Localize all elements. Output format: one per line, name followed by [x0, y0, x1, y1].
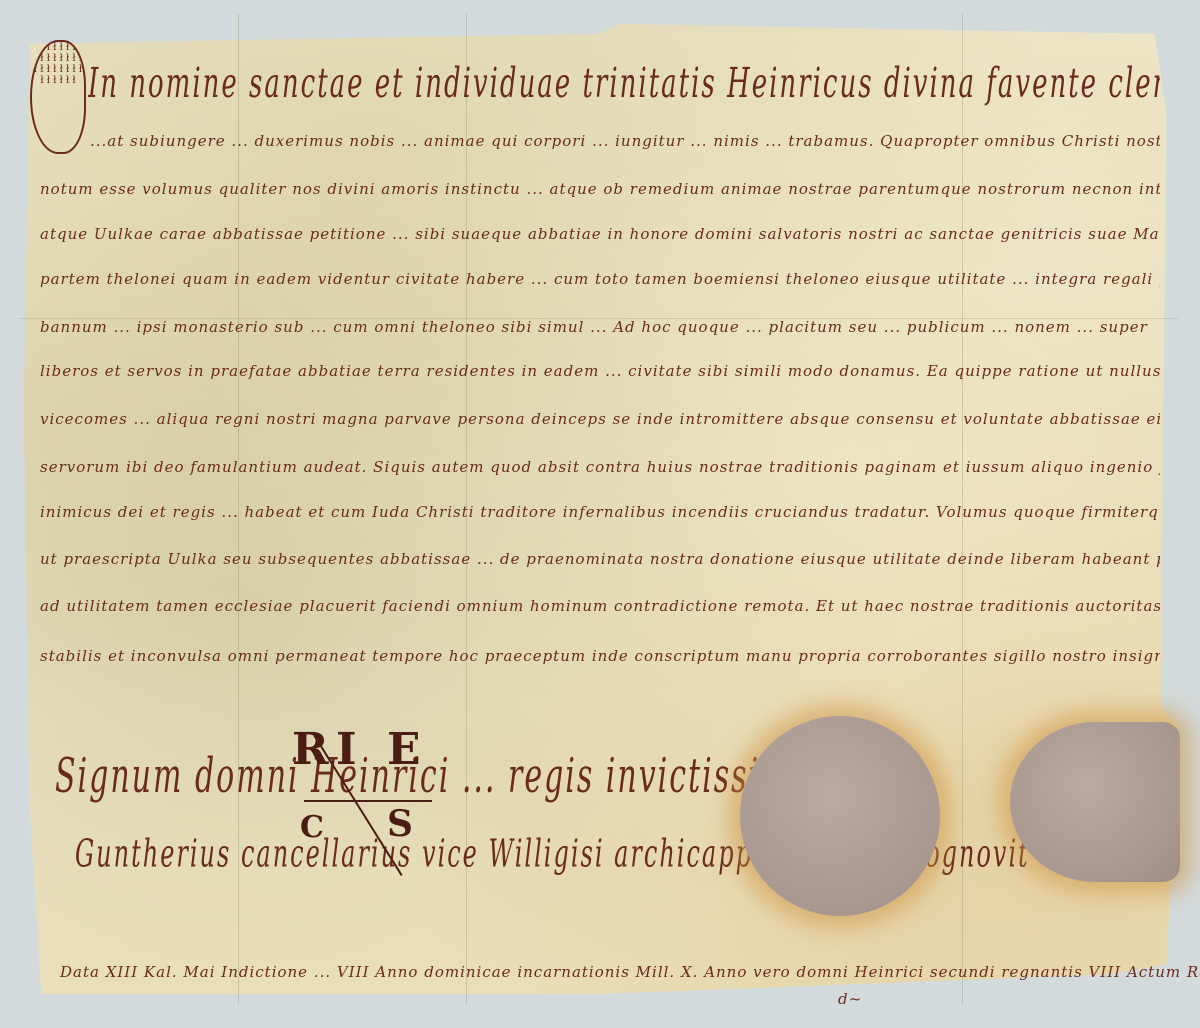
monogram-letter-r: R [292, 724, 329, 775]
monogram-letter-s: S [387, 803, 413, 845]
dating-clause: Data XIII Kal. Mai Indictione ... VIII A… [60, 963, 1200, 981]
body-line-5: bannum ... ipsi monasterio sub ... cum o… [40, 318, 1160, 336]
wax-seal-remnant-left [740, 716, 940, 916]
body-line-1: ...at subiungere ... duxerimus nobis ...… [90, 132, 1160, 150]
body-line-10: ut praescripta Uulka seu subsequentes ab… [40, 550, 1160, 568]
body-line-11: ad utilitatem tamen ecclesiae placuerit … [40, 597, 1160, 615]
monogram-letter-e: E [387, 724, 421, 775]
monogram-letter-i: I [336, 724, 357, 775]
body-line-8: servorum ibi deo famulantium audeat. Siq… [40, 458, 1160, 476]
body-line-12: stabilis et inconvulsa omni permaneat te… [40, 647, 1160, 665]
body-line-7: vicecomes ... aliqua regni nostri magna … [40, 410, 1160, 428]
body-line-4: partem thelonei quam in eadem videntur c… [40, 270, 1160, 288]
dating-trailer: d~ [838, 990, 862, 1008]
body-line-3: atque Uulkae carae abbatissae petitione … [40, 225, 1160, 243]
monogram-letter-c: C [300, 810, 324, 845]
decorated-initial: ł ł ł ł ł ł ł ł ł ł ł ł ł ł ł ł ł ł ł ł … [30, 40, 86, 154]
header-line: In nomine sanctae et individuae trinitat… [88, 60, 1160, 108]
body-line-9: inimicus dei et regis ... habeat et cum … [40, 503, 1160, 521]
royal-monogram: R I E C S [292, 728, 442, 878]
body-line-6: liberos et servos in praefatae abbatiae … [40, 362, 1160, 380]
body-line-2: notum esse volumus qualiter nos divini a… [40, 180, 1160, 198]
wax-seal-remnant-right [1010, 722, 1180, 882]
monogram-crossbar [304, 800, 432, 802]
